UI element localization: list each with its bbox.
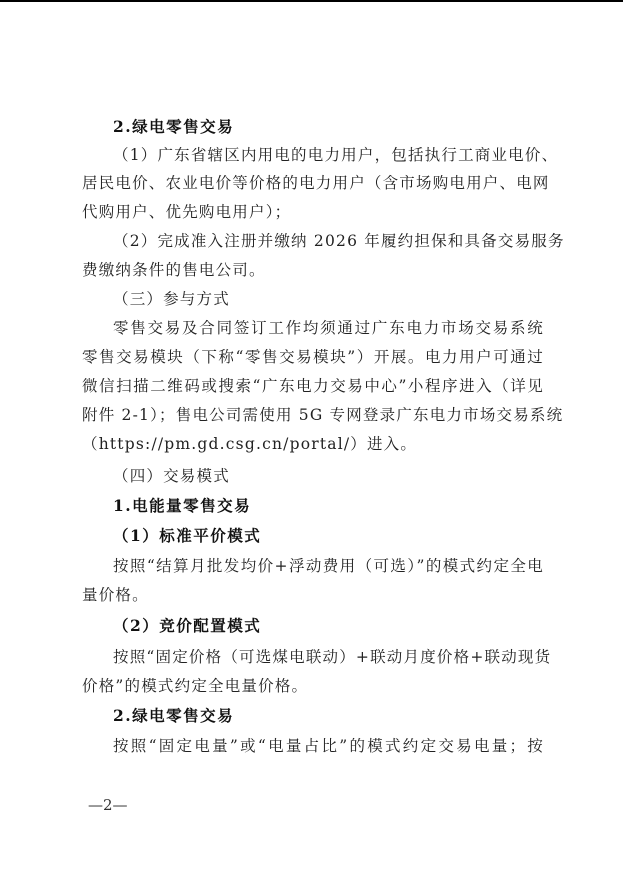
paragraph-line: 居民电价、农业电价等价格的电力用户（含市场购电用户、电网 (82, 169, 544, 197)
subheading-standard-flat-price: （1）标准平价模式 (82, 522, 544, 550)
paragraph-line: 按照“固定价格（可选煤电联动）+联动月度价格+联动现货 (82, 643, 544, 671)
section-heading-green-power-retail-2: 2.绿电零售交易 (82, 702, 544, 730)
paragraph-line: 量价格。 (82, 581, 544, 609)
paragraph-line: 按照“固定电量”或“电量占比”的模式约定交易电量；按 (82, 732, 544, 760)
page-number: —2— (88, 796, 128, 814)
paragraph-line: 微信扫描二维码或搜索“广东电力交易中心”小程序进入（详见 (82, 372, 544, 400)
paragraph-line: 按照“结算月批发均价+浮动费用（可选）”的模式约定全电 (82, 552, 544, 580)
portal-url-line: （https://pm.gd.csg.cn/portal/）进入。 (82, 430, 544, 458)
paragraph-line: 附件 2-1）；售电公司需使用 5G 专网登录广东电力市场交易系统 (82, 401, 544, 429)
section-heading-participation-method: （三）参与方式 (82, 285, 544, 313)
paragraph-line: 零售交易模块（下称“零售交易模块”）开展。电力用户可通过 (82, 343, 544, 371)
paragraph-line: 零售交易及合同签订工作均须通过广东电力市场交易系统 (82, 314, 544, 342)
paragraph-line: （2）完成准入注册并缴纳 2026 年履约担保和具备交易服务 (82, 227, 544, 255)
top-border-rule (0, 0, 623, 2)
paragraph-line: 价格”的模式约定全电量价格。 (82, 672, 544, 700)
section-heading-trading-mode: （四）交易模式 (82, 462, 544, 490)
paragraph-line: 代购用户、优先购电用户）； (82, 198, 544, 226)
paragraph-line: （1）广东省辖区内用电的电力用户，包括执行工商业电价、 (82, 141, 544, 169)
section-heading-green-power-retail: 2.绿电零售交易 (82, 113, 544, 141)
subheading-bid-configuration: （2）竞价配置模式 (82, 612, 544, 640)
paragraph-line: 费缴纳条件的售电公司。 (82, 256, 544, 284)
section-heading-energy-retail: 1.电能量零售交易 (82, 492, 544, 520)
